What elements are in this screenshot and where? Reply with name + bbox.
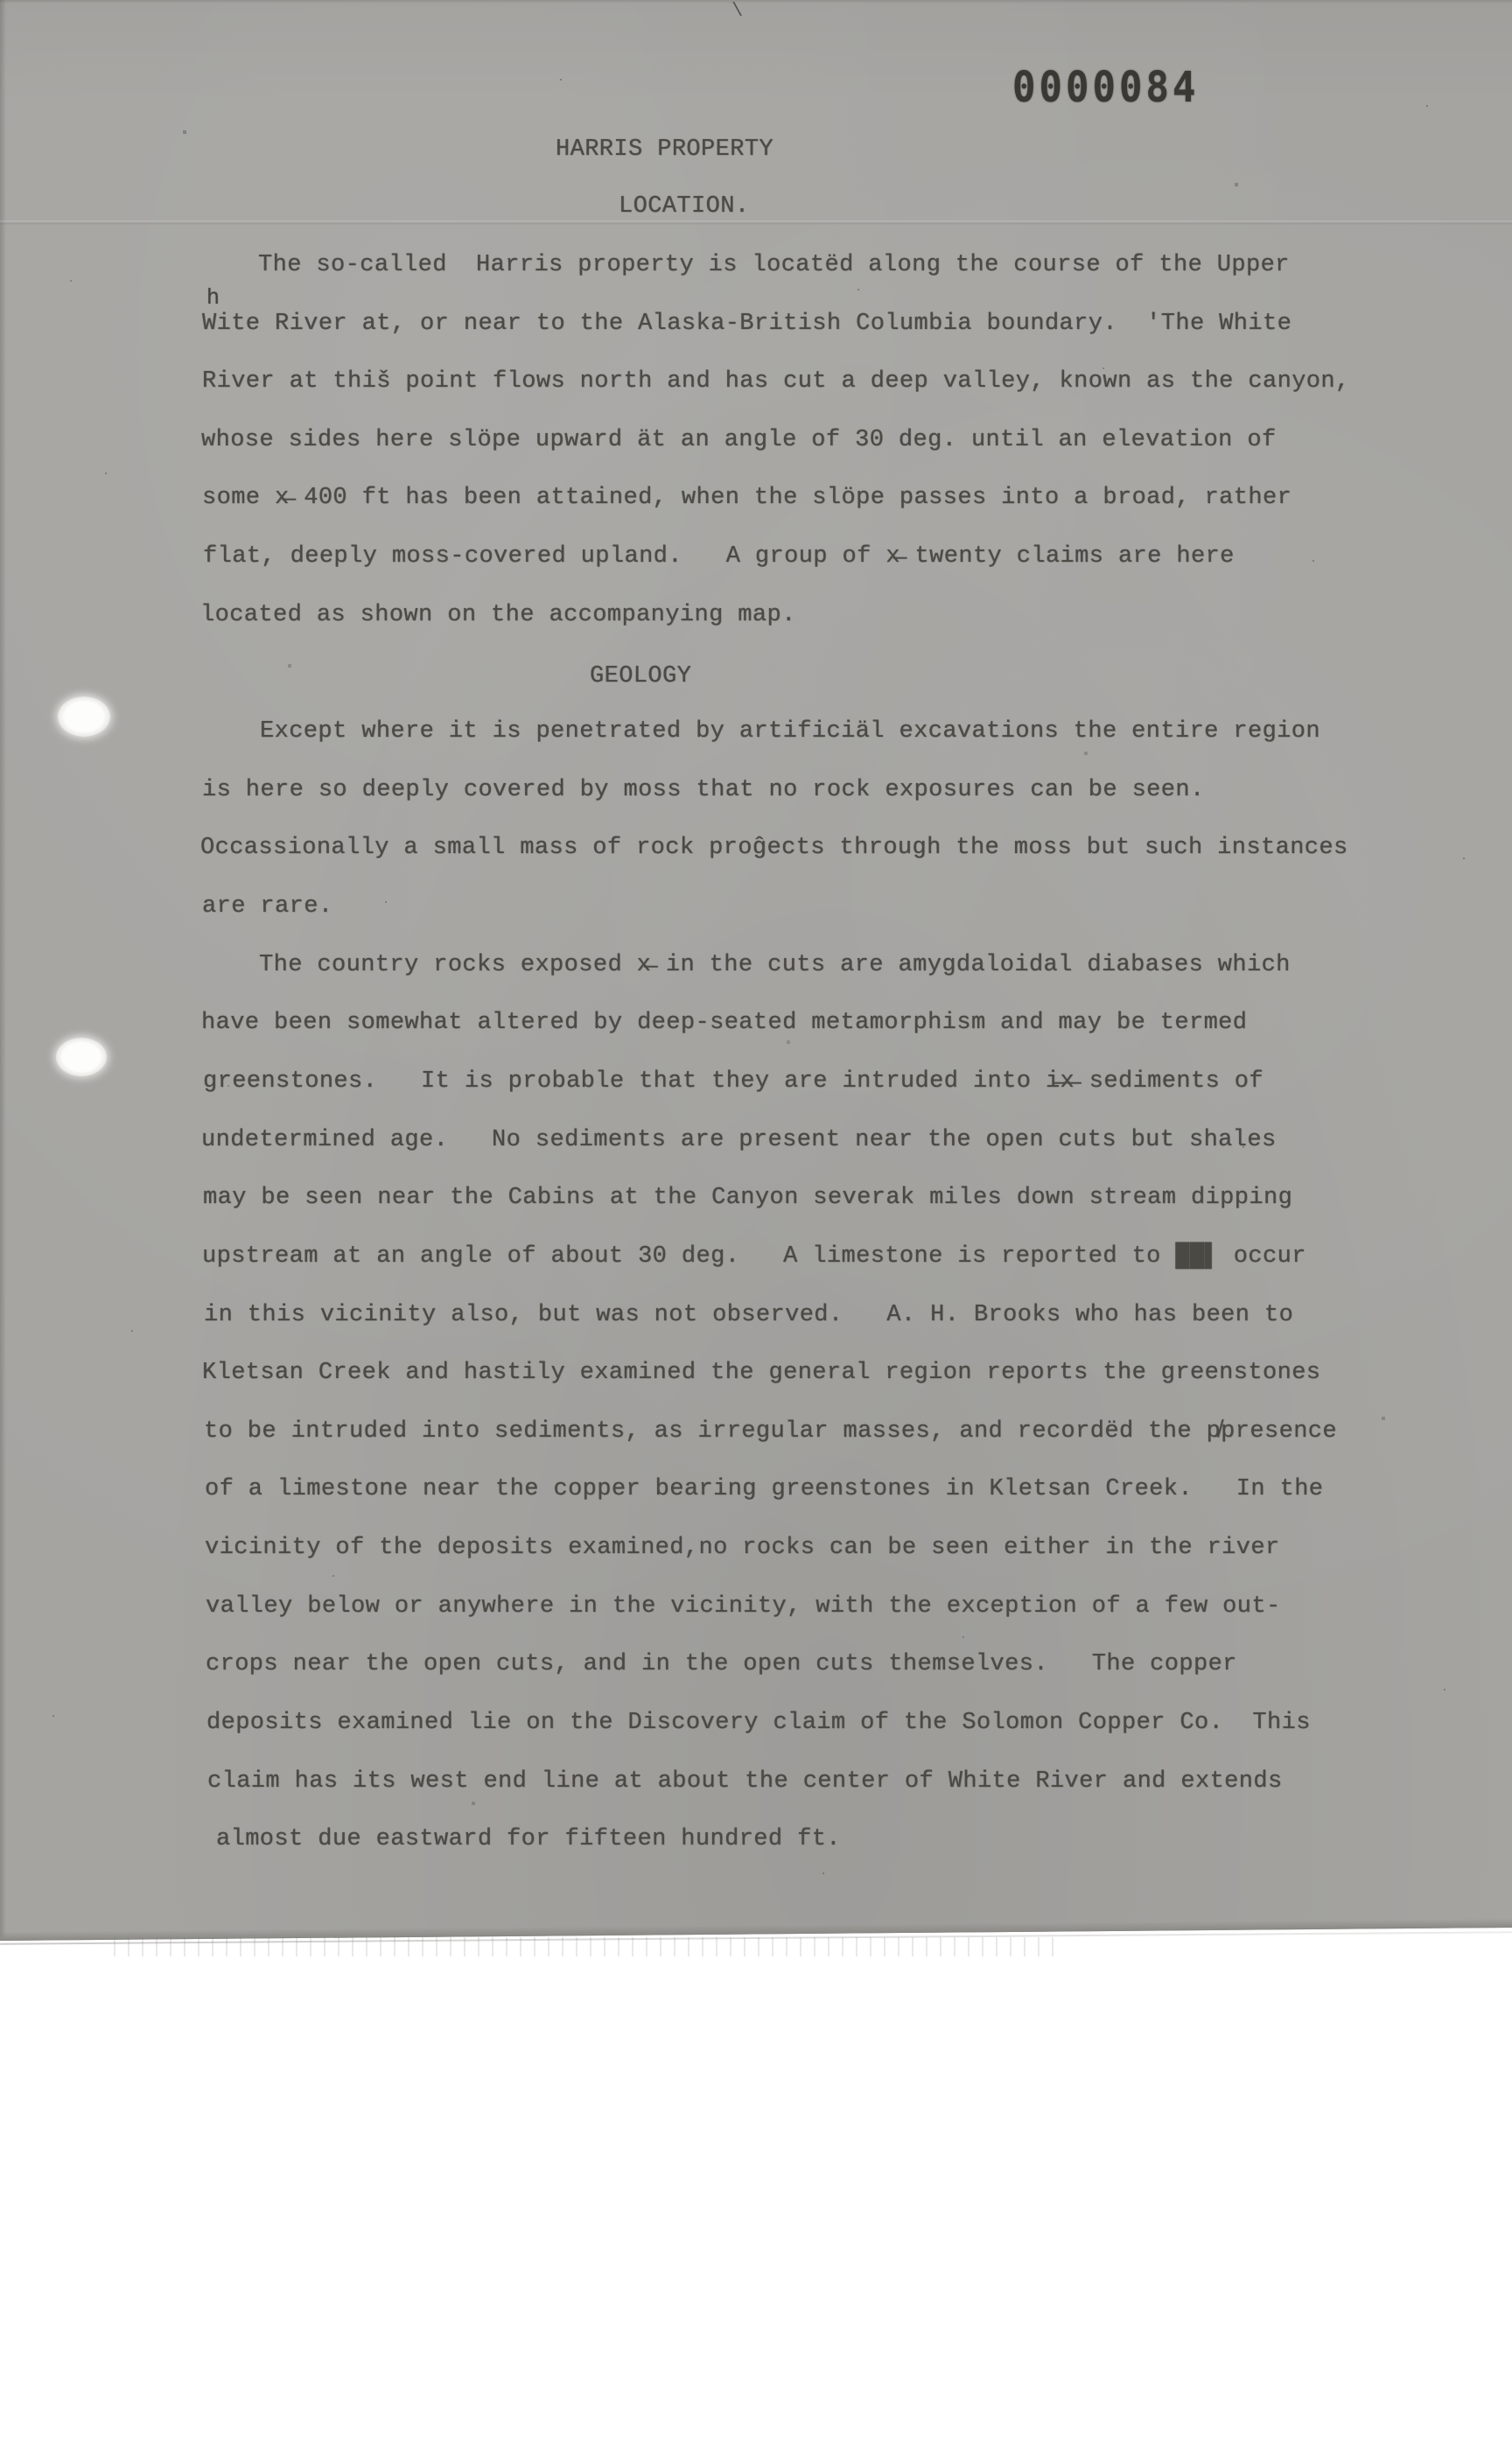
typed-line: whose sides here slöpe upward ät an angl… — [201, 427, 1277, 453]
typed-line: have been somewhat altered by deep-seate… — [201, 1010, 1247, 1036]
typed-line: undetermined age. No sediments are prese… — [201, 1127, 1277, 1153]
typed-line: Except where it is penetrated by artific… — [260, 718, 1320, 745]
typed-line: almost due eastward for fifteen hundred … — [216, 1826, 841, 1852]
typed-line: of a limestone near the copper bearing g… — [205, 1476, 1323, 1502]
section-heading-geology: GEOLOGY — [590, 663, 691, 689]
stray-pen-mark: \ — [731, 0, 743, 22]
paper-speckles — [0, 0, 2, 2]
typed-line: River at thiš point flows north and has … — [202, 368, 1350, 395]
paper-left-edge-shadow — [0, 0, 6, 1949]
typed-line: deposits examined lie on the Discovery c… — [206, 1710, 1311, 1736]
typed-line: crops near the open cuts, and in the ope… — [206, 1651, 1237, 1677]
typed-line: flat, deeply moss-covered upland. A grou… — [203, 543, 1235, 570]
punch-hole — [56, 1038, 107, 1076]
typed-line: valley below or anywhere in the vicinity… — [206, 1593, 1281, 1620]
paper-top-edge-shadow — [0, 0, 1512, 3]
typed-line: upstream at an angle of about 30 deg. A … — [202, 1243, 1306, 1270]
typed-line: in this vicinity also, but was not obser… — [204, 1302, 1293, 1328]
typed-line: Occassionally a small mass of rock proĝe… — [200, 835, 1348, 861]
handwritten-insert-h: h — [206, 285, 220, 311]
typed-line: to be intruded into sediments, as irregu… — [204, 1418, 1337, 1445]
typed-line: Wite River at, or near to the Alaska-Bri… — [202, 311, 1291, 337]
bates-stamp-number: 0000084 — [1012, 63, 1199, 112]
typed-line: The country rocks exposed x̶ in the cuts… — [259, 952, 1291, 978]
page-title: HARRIS PROPERTY — [556, 136, 773, 163]
typed-line: is here so deeply covered by moss that n… — [202, 777, 1205, 803]
paper-crease — [0, 220, 1512, 225]
paper-sheet: \ 0000084 HARRIS PROPERTY LOCATION. The … — [0, 0, 1512, 1949]
typed-line: are rare. — [202, 893, 332, 920]
punch-hole — [58, 696, 110, 737]
typed-line: may be seen near the Cabins at the Canyo… — [203, 1185, 1292, 1211]
scanned-page: \ 0000084 HARRIS PROPERTY LOCATION. The … — [0, 0, 1512, 2450]
typed-line: claim has its west end line at about the… — [207, 1768, 1283, 1795]
scanner-streaks — [114, 1937, 1059, 1956]
section-heading-location: LOCATION. — [619, 193, 749, 220]
typed-line: some x̶ 400 ft has been attained, when t… — [202, 485, 1291, 511]
typed-line: vicinity of the deposits examined,no roc… — [205, 1535, 1280, 1561]
typed-line: The so-called Harris property is locatëd… — [258, 252, 1290, 278]
typed-line: greenstones. It is probable that they ar… — [203, 1068, 1263, 1095]
typed-line: located as shown on the accompanying map… — [200, 602, 796, 628]
typed-line: Kletsan Creek and hastily examined the g… — [202, 1360, 1320, 1386]
